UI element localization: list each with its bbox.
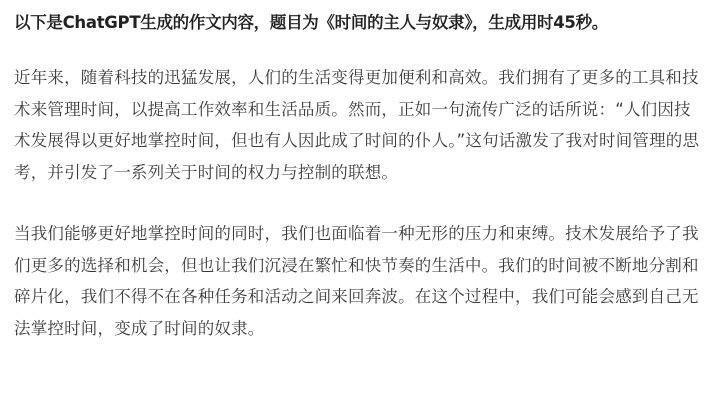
- paragraph-2: 当我们能够更好地掌控时间的同时，我们也面临着一种无形的压力和束缚。技术发展给予了…: [14, 218, 704, 344]
- article: 以下是ChatGPT生成的作文内容，题目为《时间的主人与奴隶》，生成用时45秒。…: [14, 10, 704, 394]
- paragraph-1: 近年来，随着科技的迅猛发展，人们的生活变得更加便利和高效。我们拥有了更多的工具和…: [14, 62, 704, 188]
- paragraph-3-cutoff: [14, 374, 704, 394]
- article-heading: 以下是ChatGPT生成的作文内容，题目为《时间的主人与奴隶》，生成用时45秒。: [14, 10, 704, 36]
